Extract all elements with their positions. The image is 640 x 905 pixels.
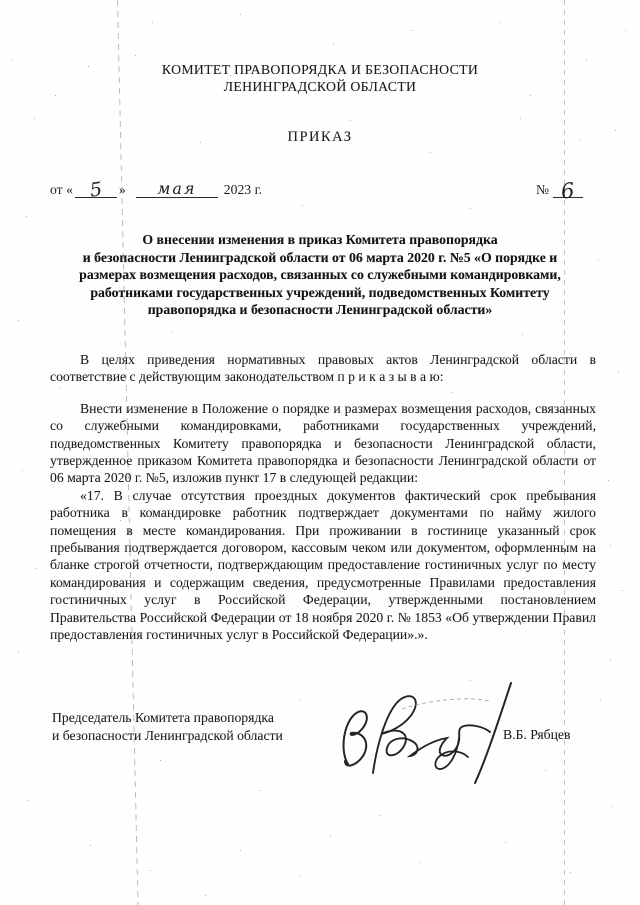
title-line-2: и безопасности Ленинградской области от … xyxy=(40,249,600,267)
date-group: от « 5 » мая 2023 г. xyxy=(50,181,262,198)
document-type-heading: ПРИКАЗ xyxy=(0,129,640,146)
document-title: О внесении изменения в приказ Комитета п… xyxy=(40,231,600,319)
number-blank: 6 xyxy=(553,181,583,198)
handwritten-number: 6 xyxy=(560,180,575,202)
issuing-authority-line-2: ЛЕНИНГРАДСКОЙ ОБЛАСТИ xyxy=(0,78,640,95)
signature-handwriting-icon xyxy=(336,676,518,788)
signer-position: Председатель Комитета правопорядка и без… xyxy=(52,709,283,745)
handwritten-month: мая xyxy=(157,181,196,197)
date-day-blank: 5 xyxy=(75,181,117,198)
document-page: КОМИТЕТ ПРАВОПОРЯДКА И БЕЗОПАСНОСТИ ЛЕНИ… xyxy=(0,0,640,905)
paragraph-new-clause-17: «17. В случае отсутствия проездных докум… xyxy=(50,487,596,644)
document-number-group: № 6 xyxy=(536,181,583,198)
title-line-1: О внесении изменения в приказ Комитета п… xyxy=(40,231,600,249)
paragraph-preamble: В целях приведения нормативных правовых … xyxy=(50,351,596,386)
signer-position-line-2: и безопасности Ленинградской области xyxy=(52,727,283,745)
date-close-quote: » xyxy=(119,182,126,198)
handwritten-day: 5 xyxy=(89,180,104,200)
issuing-authority: КОМИТЕТ ПРАВОПОРЯДКА И БЕЗОПАСНОСТИ ЛЕНИ… xyxy=(0,61,640,95)
document-body: В целях приведения нормативных правовых … xyxy=(50,351,596,644)
scan-noise xyxy=(0,0,1,1)
date-and-number-line: от « 5 » мая 2023 г. № 6 xyxy=(50,176,595,202)
signer-name: В.Б. Рябцев xyxy=(503,727,570,743)
paragraph-amendment: Внести изменение в Положение о порядке и… xyxy=(50,400,596,487)
date-year: 2023 г. xyxy=(224,182,262,198)
title-line-4: работниками государственных учреждений, … xyxy=(40,284,600,302)
title-line-5: правопорядка и безопасности Ленинградско… xyxy=(40,301,600,319)
signer-position-line-1: Председатель Комитета правопорядка xyxy=(52,709,283,727)
title-line-3: размерах возмещения расходов, связанных … xyxy=(40,266,600,284)
issuing-authority-line-1: КОМИТЕТ ПРАВОПОРЯДКА И БЕЗОПАСНОСТИ xyxy=(0,61,640,78)
number-label: № xyxy=(536,182,549,198)
date-prefix: от « xyxy=(50,182,73,198)
date-month-blank: мая xyxy=(136,181,218,198)
